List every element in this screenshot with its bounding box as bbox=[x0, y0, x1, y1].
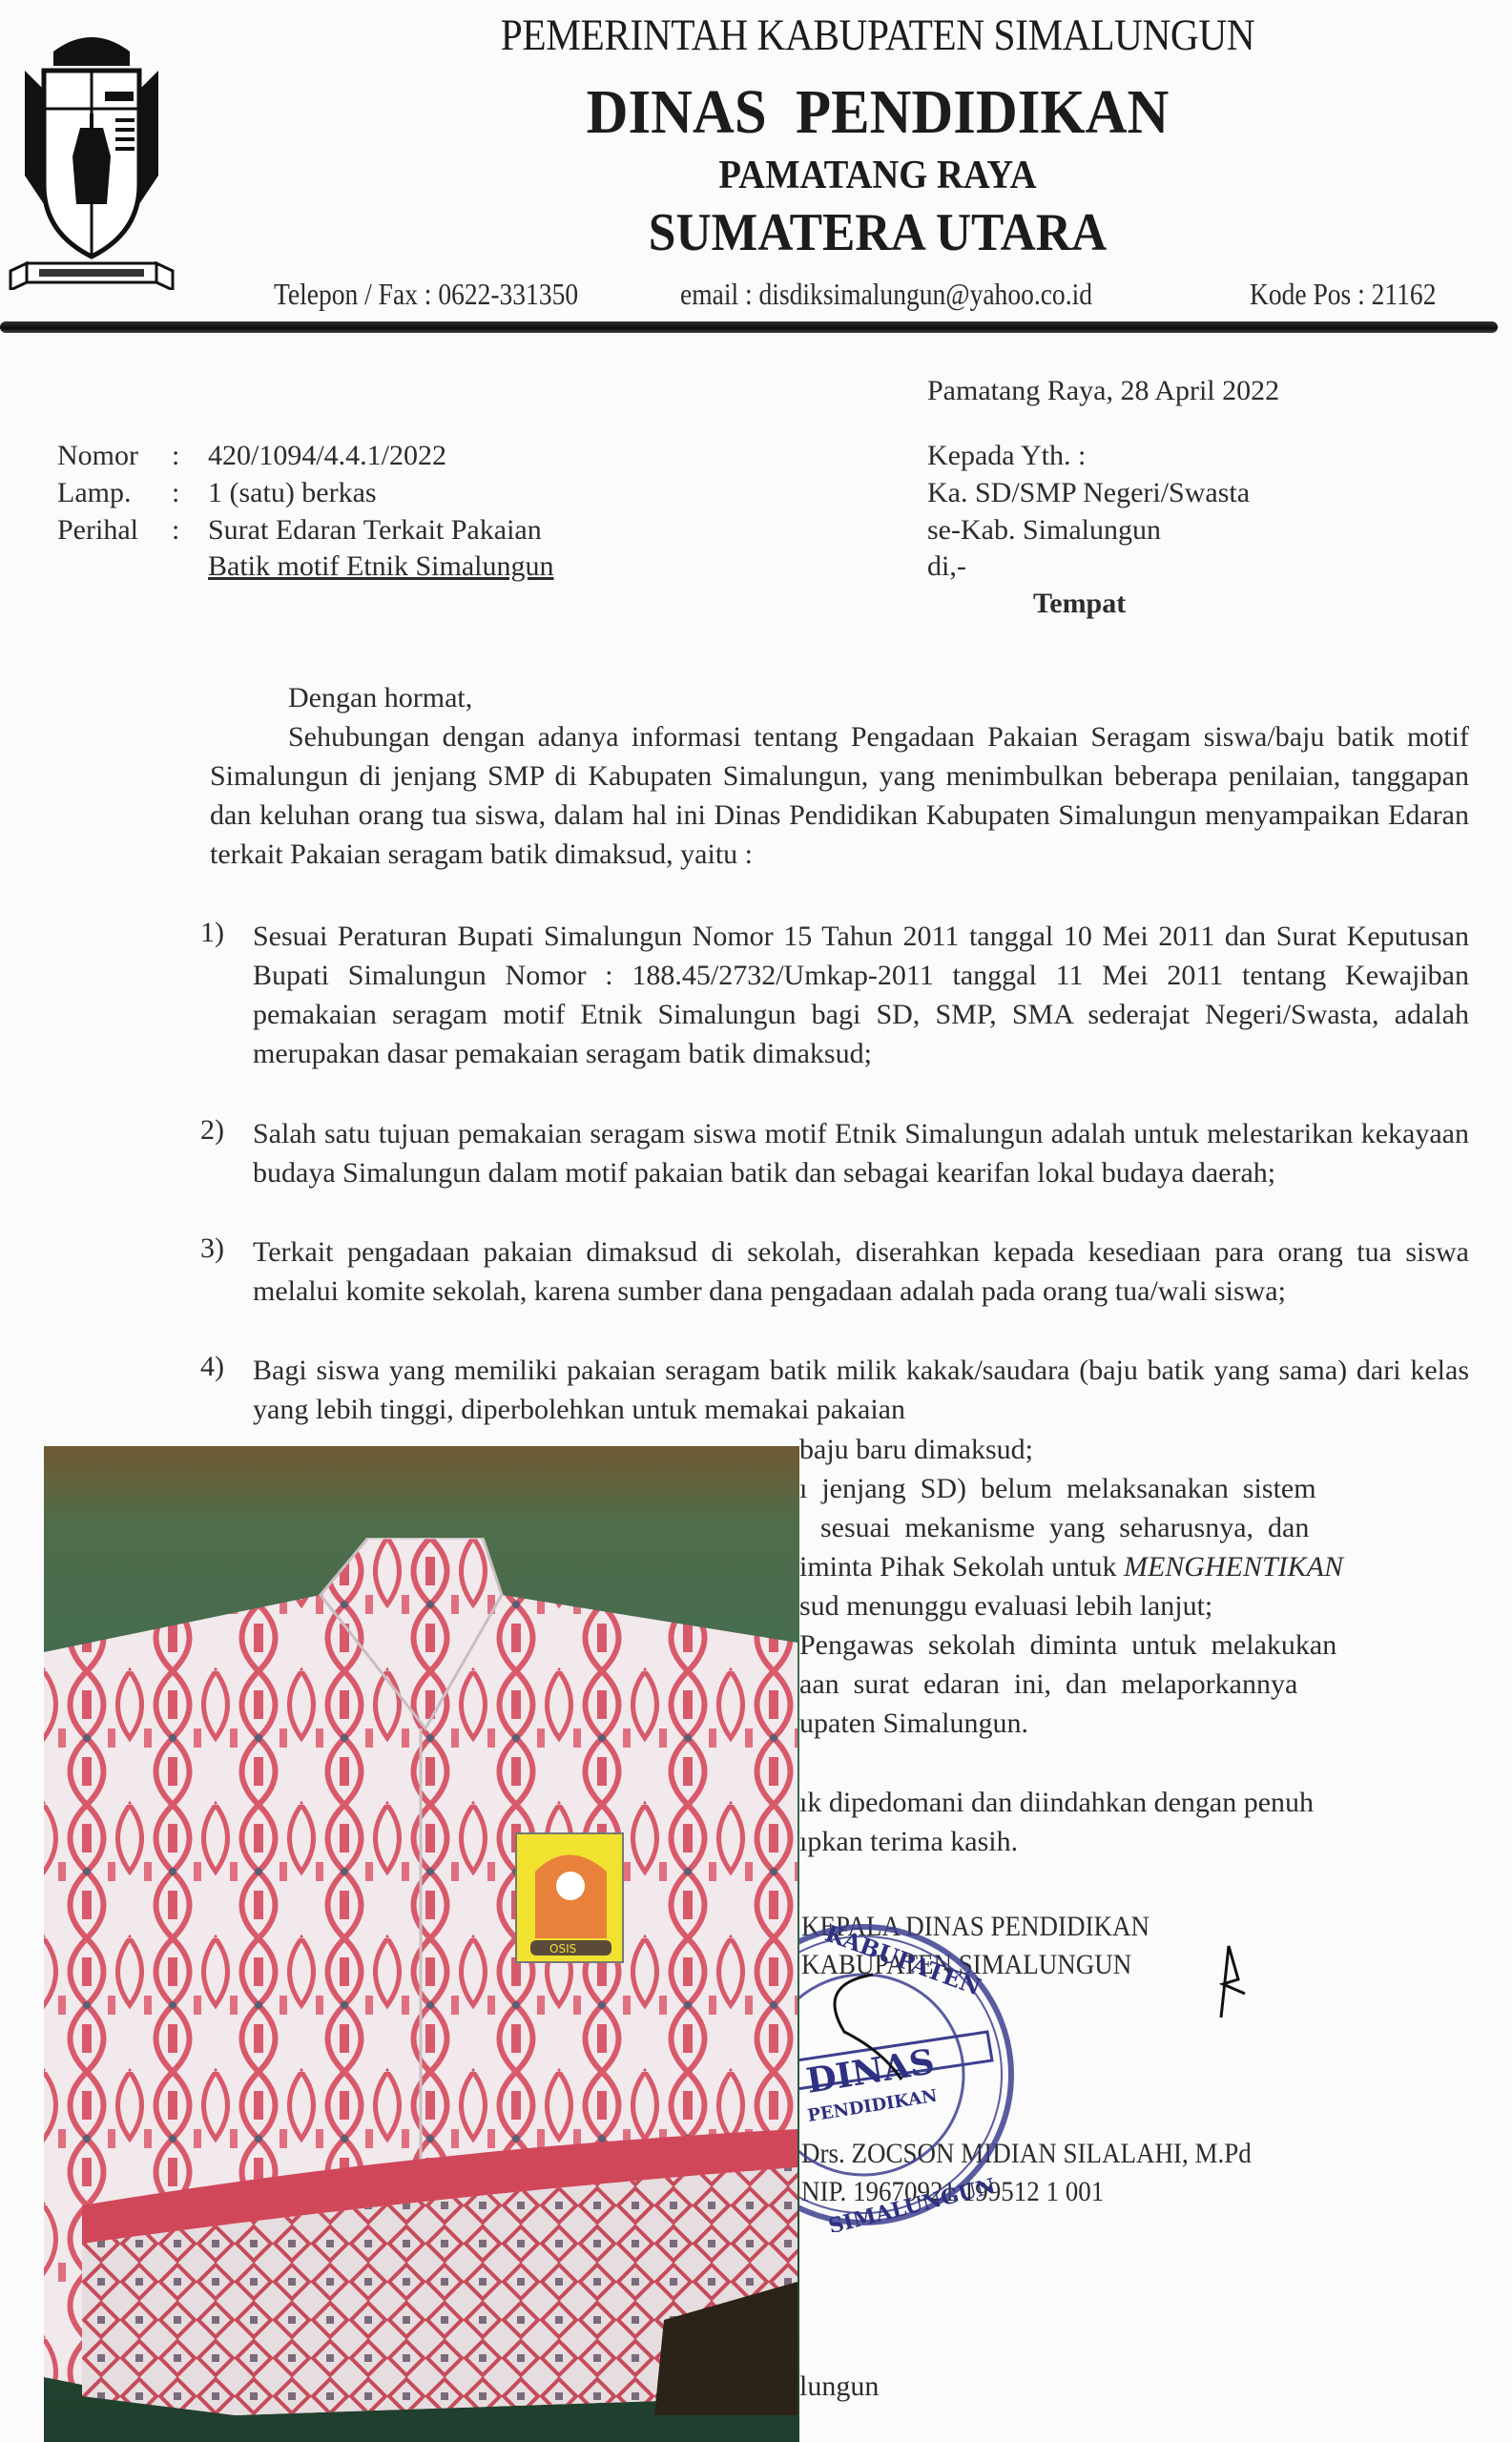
partial-line: sesuai mekanisme yang seharusnya, dan bbox=[820, 1509, 1309, 1547]
closing-line: ıpkan terima kasih. bbox=[799, 1823, 1018, 1861]
meta-colon: : bbox=[172, 437, 179, 475]
place-date: Pamatang Raya, 28 April 2022 bbox=[927, 372, 1279, 410]
item-2-number: 2) bbox=[200, 1114, 224, 1147]
recipient-line1: Kepada Yth. : bbox=[927, 437, 1086, 475]
item-3-number: 3) bbox=[200, 1232, 224, 1265]
item-4-number: 4) bbox=[200, 1351, 224, 1383]
recipient-line2: Ka. SD/SMP Negeri/Swasta bbox=[927, 474, 1250, 512]
partial-line-text: iminta Pihak Sekolah untuk bbox=[799, 1551, 1124, 1583]
meta-label-nomor: Nomor bbox=[57, 437, 162, 475]
item-4-text: Bagi siswa yang memiliki pakaian seragam… bbox=[253, 1351, 1469, 1429]
intro-paragraph: Sehubungan dengan adanya informasi tenta… bbox=[210, 717, 1469, 874]
recipient-place: Tempat bbox=[1033, 585, 1126, 623]
closing-line: ık dipedomani dan diindahkan dengan penu… bbox=[799, 1784, 1314, 1822]
item-3-text: Terkait pengadaan pakaian dimaksud di se… bbox=[253, 1232, 1469, 1311]
footer-fragment: lungun bbox=[799, 2368, 879, 2406]
meta-label-perihal: Perihal bbox=[57, 511, 162, 549]
partial-line: upaten Simalungun. bbox=[799, 1705, 1028, 1743]
partial-line: aan surat edaran ini, dan melaporkannya bbox=[799, 1666, 1297, 1704]
official-stamp-icon: DINAS PENDIDIKAN KABUPATEN SIMALUNGUN bbox=[797, 1917, 1035, 2232]
letterhead-province: SUMATERA UTARA bbox=[439, 202, 1316, 263]
batik-shirt-image: OSIS bbox=[44, 1538, 797, 2415]
partial-line-emphasis: iminta Pihak Sekolah untuk MENGHENTIKAN bbox=[799, 1548, 1343, 1586]
item-1-number: 1) bbox=[200, 917, 224, 949]
letterhead-agency: DINAS PENDIDIKAN bbox=[439, 76, 1316, 149]
letterhead-phone: Telepon / Fax : 0622-331350 bbox=[274, 277, 578, 312]
letterhead-government: PEMERINTAH KABUPATEN SIMALUNGUN bbox=[458, 10, 1297, 61]
meta-colon: : bbox=[172, 474, 179, 512]
recipient-line4: di,- bbox=[927, 548, 966, 586]
item-2-text: Salah satu tujuan pemakaian seragam sisw… bbox=[253, 1114, 1469, 1192]
svg-text:SIMALUNGUN: SIMALUNGUN bbox=[826, 2174, 998, 2232]
salutation: Dengan hormat, bbox=[288, 679, 472, 717]
meta-value-nomor: 420/1094/4.4.1/2022 bbox=[208, 437, 446, 475]
meta-value-perihal-line2: Batik motif Etnik Simalungun bbox=[208, 548, 554, 586]
signature-mark-icon bbox=[1212, 1941, 1250, 2027]
letterhead-divider bbox=[0, 321, 1498, 333]
letterhead-city: PAMATANG RAYA bbox=[439, 153, 1316, 198]
partial-line: sud menunggu evaluasi lebih lanjut; bbox=[799, 1587, 1212, 1625]
item-1-text: Sesuai Peraturan Bupati Simalungun Nomor… bbox=[253, 917, 1469, 1073]
partial-line: Pengawas sekolah diminta untuk melakukan bbox=[799, 1626, 1336, 1665]
letterhead-email: email : disdiksimalungun@yahoo.co.id bbox=[680, 277, 1092, 312]
partial-line: ı jenjang SD) belum melaksanakan sistem bbox=[799, 1470, 1316, 1508]
intro-text: Sehubungan dengan adanya informasi tenta… bbox=[210, 721, 1469, 870]
partial-line: baju baru dimaksud; bbox=[799, 1431, 1033, 1469]
meta-colon: : bbox=[172, 511, 179, 549]
meta-value-lampiran: 1 (satu) berkas bbox=[208, 474, 377, 512]
batik-shirt-photo: OSIS bbox=[44, 1446, 799, 2442]
kabupaten-crest-icon bbox=[6, 13, 177, 290]
svg-text:OSIS: OSIS bbox=[549, 1942, 576, 1956]
meta-label-lampiran: Lamp. bbox=[57, 474, 162, 512]
letterhead-postal-code: Kode Pos : 21162 bbox=[1250, 277, 1436, 312]
meta-value-perihal: Surat Edaran Terkait Pakaian bbox=[208, 511, 542, 549]
recipient-line3: se-Kab. Simalungun bbox=[927, 511, 1161, 549]
emphasis-word: MENGHENTIKAN bbox=[1124, 1551, 1343, 1583]
